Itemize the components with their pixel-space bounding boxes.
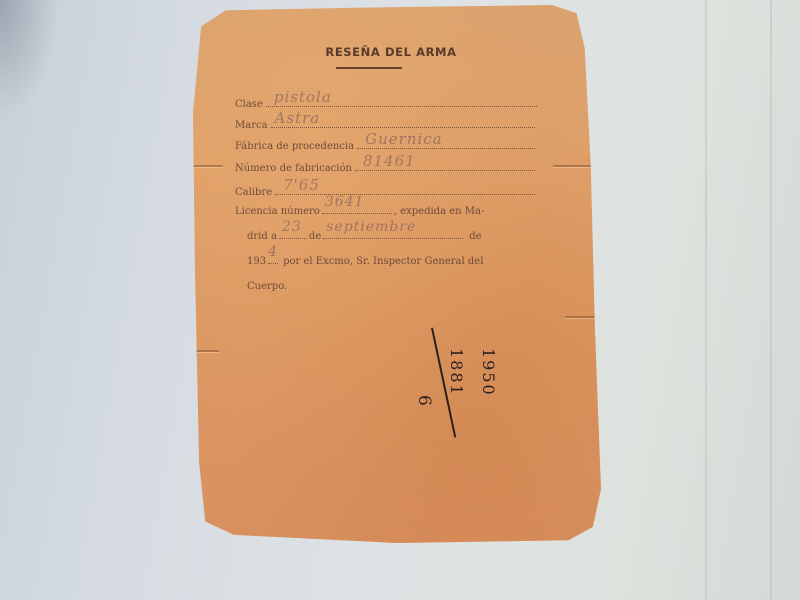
license-line-2: drid a 23 de septiembre de xyxy=(247,226,482,247)
field-fill-line: Guernica xyxy=(357,139,535,149)
handwritten-value: Astra xyxy=(275,109,321,127)
field-label: Fábrica de procedencia xyxy=(235,141,354,152)
license-line-3: 193 4 por el Excmo, Sr. Inspector Genera… xyxy=(247,251,483,272)
handwritten-month: septiembre xyxy=(326,217,416,238)
month-fill: septiembre xyxy=(323,229,463,239)
annotation-value: 1881 xyxy=(447,348,466,397)
handwritten-value: 81461 xyxy=(363,152,416,170)
background-shadow xyxy=(0,0,60,120)
handwritten-day: 23 xyxy=(282,217,302,238)
year-fill: 4 xyxy=(268,254,278,264)
field-label: Calibre xyxy=(235,187,272,198)
card-crease xyxy=(553,165,601,167)
field-fabrica: Fábrica de procedencia Guernica xyxy=(235,139,535,152)
handwritten-value: 7'65 xyxy=(283,176,320,194)
handwritten-license-number: 3641 xyxy=(325,192,365,213)
issuer-text: por el Excmo, Sr. Inspector General del xyxy=(283,251,483,272)
field-fill-line: pistola xyxy=(266,97,537,107)
field-label: Clase xyxy=(235,99,263,110)
annotation-numerator: 6 xyxy=(414,395,434,408)
weapon-record-card: RESEÑA DEL ARMA Clase pistola Marca Astr… xyxy=(193,5,601,543)
license-line-4: Cuerpo. xyxy=(247,276,287,297)
title-underline xyxy=(336,67,402,69)
field-calibre: Calibre 7'65 xyxy=(235,185,535,198)
field-fill-line: Astra xyxy=(271,118,535,128)
year-prefix: 193 xyxy=(247,251,266,272)
field-label: Número de fabricación xyxy=(235,163,352,174)
license-prefix: Licencia número xyxy=(235,201,320,222)
field-fill-line: 81461 xyxy=(355,161,535,171)
field-label: Marca xyxy=(235,120,268,131)
card-crease xyxy=(193,350,219,352)
card-crease xyxy=(193,165,223,167)
annotation-value: 1950 xyxy=(479,348,498,397)
background-sheet-edge xyxy=(705,0,707,600)
field-numero-fabricacion: Número de fabricación 81461 xyxy=(235,161,535,174)
date-suffix: de xyxy=(469,226,481,247)
date-mid: de xyxy=(309,226,321,247)
card-crease xyxy=(565,316,601,318)
issuer-body: Cuerpo. xyxy=(247,276,287,297)
handwritten-value: Guernica xyxy=(365,130,443,148)
handwritten-value: pistola xyxy=(274,88,332,106)
document-title: RESEÑA DEL ARMA xyxy=(181,45,601,59)
license-number-fill: 3641 xyxy=(322,204,392,214)
handwritten-year-digit: 4 xyxy=(268,242,278,263)
handwritten-annotation: 6 1881 1950 xyxy=(398,323,538,453)
day-fill: 23 xyxy=(279,229,307,239)
field-fill-line: 7'65 xyxy=(275,185,535,195)
background-sheet-edge xyxy=(770,0,772,600)
